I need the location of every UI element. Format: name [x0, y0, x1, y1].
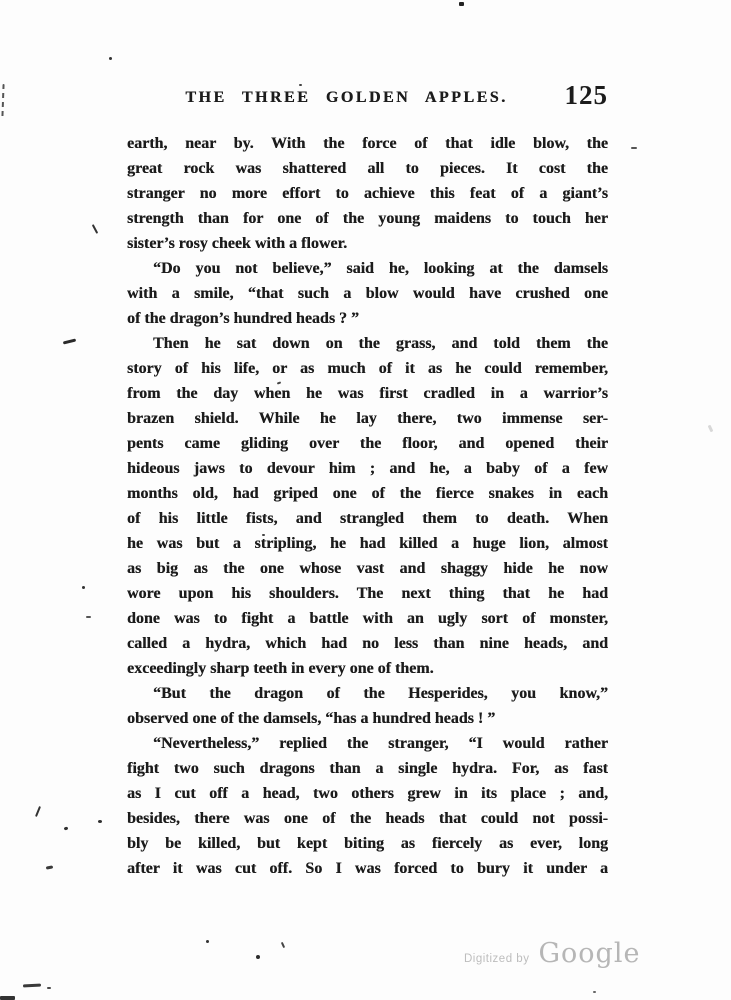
text-line: of the dragon’s hundred heads ? ”	[127, 306, 608, 331]
scan-speck	[708, 425, 714, 433]
text-line: fight two such dragons than a single hyd…	[127, 756, 608, 781]
text-line: Then he sat down on the grass, and told …	[127, 331, 608, 356]
scan-speck	[262, 534, 265, 536]
text-line: called a hydra, which had no less than n…	[127, 631, 608, 656]
scan-speck	[98, 820, 102, 823]
scan-speck	[63, 338, 76, 344]
text-line: besides, there was one of the heads that…	[127, 806, 608, 831]
text-line: of his little fists, and strangled them …	[127, 506, 608, 531]
text-line: strength than for one of the young maide…	[127, 206, 608, 231]
scan-speck	[46, 865, 53, 869]
scan-speck	[459, 2, 464, 6]
text-line: story of his life, or as much of it as h…	[127, 356, 608, 381]
page-title: THE THREE GOLDEN APPLES.	[127, 89, 566, 107]
text-line: done was to fight a battle with an ugly …	[127, 606, 608, 631]
text-line: sister’s rosy cheek with a flower.	[127, 231, 608, 256]
scan-speck	[35, 806, 41, 817]
text-line: earth, near by. With the force of that i…	[127, 131, 608, 156]
text-line: from the day when he was first cradled i…	[127, 381, 608, 406]
watermark-prefix-label: Digitized by	[464, 953, 529, 965]
scan-speck	[593, 991, 596, 993]
text-line: hideous jaws to devour him ; and he, a b…	[127, 456, 608, 481]
running-header: THE THREE GOLDEN APPLES. 125	[127, 80, 608, 112]
scan-artifact-left-line	[1, 84, 4, 117]
text-line: as I cut off a head, two others grew in …	[127, 781, 608, 806]
paragraph: “But the dragon of the Hesperides, you k…	[127, 681, 608, 731]
text-line: months old, had griped one of the fierce…	[127, 481, 608, 506]
scan-speck	[64, 827, 69, 831]
page-number: 125	[565, 80, 609, 111]
paragraph: earth, near by. With the force of that i…	[127, 131, 608, 256]
scan-speck	[299, 84, 302, 86]
text-line: wore upon his shoulders. The next thing …	[127, 581, 608, 606]
text-line: he was but a stripling, he had killed a …	[127, 531, 608, 556]
scan-artifact-corner	[0, 996, 15, 1000]
text-line: exceedingly sharp teeth in every one of …	[127, 656, 608, 681]
paragraph: “Do you not believe,” said he, looking a…	[127, 256, 608, 331]
scan-speck	[86, 616, 91, 618]
scan-speck	[47, 987, 51, 989]
book-page: THE THREE GOLDEN APPLES. 125 earth, near…	[0, 0, 731, 1000]
text-line: bly be killed, but kept biting as fierce…	[127, 831, 608, 856]
text-line: with a smile, “that such a blow would ha…	[127, 281, 608, 306]
scan-speck	[281, 942, 285, 948]
text-line: “Do you not believe,” said he, looking a…	[127, 256, 608, 281]
text-line: “But the dragon of the Hesperides, you k…	[127, 681, 608, 706]
text-line: brazen shield. While he lay there, two i…	[127, 406, 608, 431]
scan-speck	[82, 586, 85, 589]
google-logo: Google	[538, 938, 640, 969]
paragraph: Then he sat down on the grass, and told …	[127, 331, 608, 681]
text-line: as big as the one whose vast and shaggy …	[127, 556, 608, 581]
digitization-watermark: Digitized by Google	[464, 938, 640, 969]
text-line: after it was cut off. So I was forced to…	[127, 856, 608, 881]
text-line: great rock was shattered all to pieces. …	[127, 156, 608, 181]
scan-speck	[23, 984, 41, 988]
scan-speck	[206, 940, 209, 943]
scan-speck	[92, 224, 98, 234]
text-line: stranger no more effort to achieve this …	[127, 181, 608, 206]
scan-speck	[109, 57, 112, 60]
scan-speck	[631, 147, 637, 149]
text-line: “Nevertheless,” replied the stranger, “I…	[127, 731, 608, 756]
text-line: pents came gliding over the floor, and o…	[127, 431, 608, 456]
paragraph: “Nevertheless,” replied the stranger, “I…	[127, 731, 608, 881]
body-text: earth, near by. With the force of that i…	[127, 131, 608, 881]
text-line: observed one of the damsels, “has a hund…	[127, 706, 608, 731]
scan-speck	[256, 955, 260, 959]
